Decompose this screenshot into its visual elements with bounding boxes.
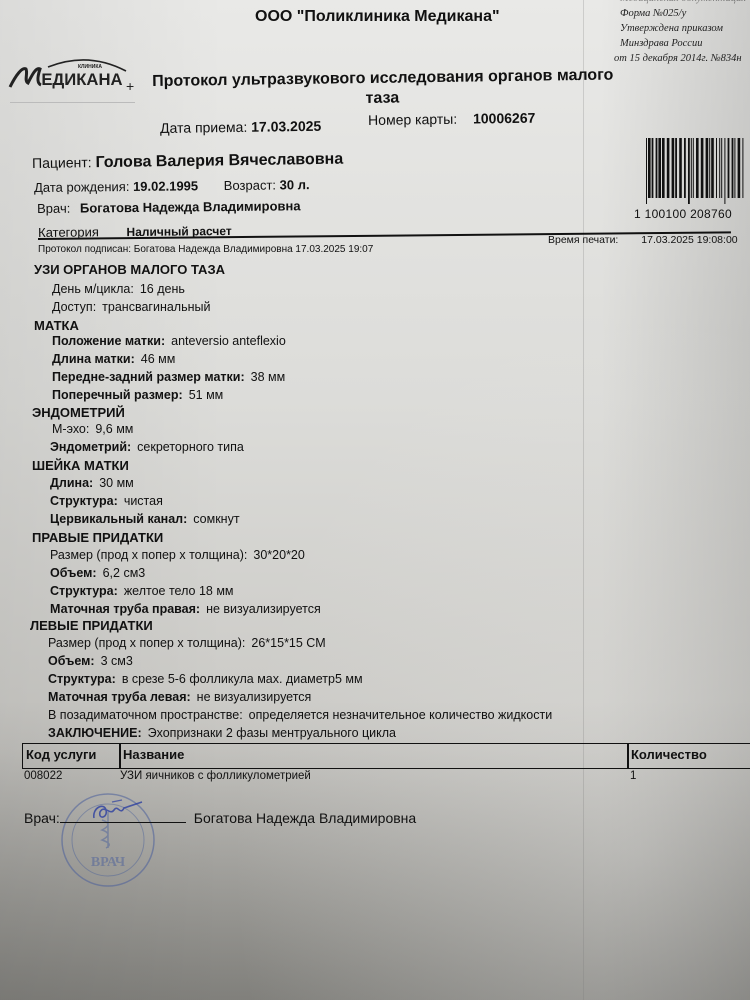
report-field: Передне-задний размер матки:38 мм [52,370,285,384]
section-heading: ЭНДОМЕТРИЙ [32,405,125,420]
field-value: желтое тело 18 мм [124,584,234,598]
print-time-value: 17.03.2025 19:08:00 [641,234,737,246]
field-label: Эндометрий: [50,440,131,454]
form-note-line: Медицинская документация [620,0,746,6]
report-field: Цервикальный канал:сомкнут [50,512,240,526]
signature-doctor-name: Богатова Надежда Владимировна [194,810,416,826]
service-name: УЗИ яичников с фолликулометрией [120,770,311,782]
field-label: Маточная труба правая: [50,602,200,616]
visit-date-value: 17.03.2025 [251,118,321,135]
svg-text:+: + [126,78,134,94]
section-heading: УЗИ ОРГАНОВ МАЛОГО ТАЗА [34,262,225,277]
field-label: Длина: [50,476,93,490]
handwritten-signature [90,798,150,824]
field-label: Размер (прод х попер х толщина): [48,636,245,650]
report-field: Поперечный размер:51 мм [52,388,223,402]
section-heading: ПРАВЫЕ ПРИДАТКИ [32,530,163,545]
clinic-logo: КЛИНИКА ЕДИКАНА + [8,55,138,95]
field-label: Поперечный размер: [52,388,183,402]
print-time: Время печати: 17.03.2025 19:08:00 [548,234,738,246]
patient-name: Голова Валерия Вячеславовна [95,151,343,171]
patient-row: Пациент: Голова Валерия Вячеславовна [32,151,343,173]
field-value: определяется незначительное количество ж… [249,708,553,722]
field-value: 3 см3 [101,654,133,668]
field-label: ЗАКЛЮЧЕНИЕ: [48,726,142,740]
table-row: 008022 УЗИ яичников с фолликулометрией 1 [24,770,744,786]
signature-label: Врач: [24,810,60,826]
col-qty: Количество [631,747,707,762]
field-value: 30*20*20 [253,548,304,562]
card-number-row: Номер карты: 10006267 [368,110,535,128]
field-label: Положение матки: [52,334,165,348]
doctor-row: Врач: Богатова Надежда Владимировна [37,198,301,216]
field-value: секреторного типа [137,440,244,454]
report-field: Положение матки:anteversio anteflexio [52,334,286,348]
form-note-line: Утверждена приказом [620,21,746,36]
field-value: 16 день [140,282,185,296]
field-value: не визуализируется [206,602,321,616]
field-label: Структура: [50,494,118,508]
field-value: не визуализируется [197,690,312,704]
svg-text:ЕДИКАНА: ЕДИКАНА [41,70,122,89]
logo-divider [10,102,135,103]
field-value: чистая [124,494,163,508]
field-label: Передне-задний размер матки: [52,370,245,384]
field-label: Объем: [50,566,97,580]
report-field: В позадиматочном пространстве:определяет… [48,708,552,722]
patient-label: Пациент: [32,154,92,171]
field-label: Структура: [48,672,116,686]
section-heading: МАТКА [34,318,79,333]
barcode [644,138,746,204]
field-label: День м/цикла: [52,282,134,296]
field-label: Объем: [48,654,95,668]
field-label: Структура: [50,584,118,598]
field-value: 9,6 мм [95,422,133,436]
svg-text:ВРАЧ: ВРАЧ [91,855,126,870]
report-field: День м/цикла:16 день [52,282,185,296]
field-label: М-эхо: [52,422,89,436]
report-field: Структура:чистая [50,494,163,508]
form-note-line: Форма №025/у [620,6,746,21]
col-divider [627,744,629,768]
field-label: Доступ: [52,300,96,314]
card-number-value: 10006267 [473,110,536,127]
col-divider [119,744,121,768]
birth-date: 19.02.1995 [133,178,198,194]
report-field: Доступ:трансвагинальный [52,300,210,314]
report-field: Маточная труба левая:не визуализируется [48,690,311,704]
visit-date-row: Дата приема: 17.03.2025 [160,118,321,136]
doctor-label: Врач: [37,201,70,216]
doctor-signature-row: Врач:Богатова Надежда Владимировна [24,808,416,826]
field-value: в срезе 5-6 фолликула мах. диаметр5 мм [122,672,363,686]
field-label: Размер (прод х попер х толщина): [50,548,247,562]
field-value: 46 мм [141,352,176,366]
visit-date-label: Дата приема: [160,119,247,136]
field-value: 30 мм [99,476,134,490]
section-heading: ШЕЙКА МАТКИ [32,458,129,473]
report-field: Длина матки:46 мм [52,352,175,366]
card-number-label: Номер карты: [368,111,457,128]
field-value: 51 мм [189,388,224,402]
clinic-name: ООО "Поликлиника Медикана" [255,8,500,26]
field-label: Цервикальный канал: [50,512,187,526]
report-field: М-эхо:9,6 мм [52,422,133,436]
report-field: Объем:3 см3 [48,654,133,668]
report-field: Объем:6,2 см3 [50,566,145,580]
birth-row: Дата рождения: 19.02.1995 Возраст: 30 л. [34,177,310,195]
report-field: Длина:30 мм [50,476,134,490]
age-value: 30 л. [280,177,310,192]
report-field: Структура:желтое тело 18 мм [50,584,234,598]
form-note-line: Минздрава России [620,36,746,51]
field-label: Длина матки: [52,352,135,366]
barcode-number: 1 100100 208760 [634,207,732,221]
doctor-name: Богатова Надежда Владимировна [80,198,301,215]
birth-label: Дата рождения: [34,179,129,195]
col-code: Код услуги [26,747,96,762]
age-label: Возраст: [224,177,276,193]
field-value: anteversio anteflexio [171,334,286,348]
field-value: трансвагинальный [102,300,210,314]
field-value: 38 мм [251,370,286,384]
signed-note: Протокол подписан: Богатова Надежда Влад… [38,244,373,255]
section-heading: ЛЕВЫЕ ПРИДАТКИ [30,618,153,633]
field-label: Маточная труба левая: [48,690,191,704]
field-value: Эхопризнаки 2 фазы ментруального цикла [148,726,396,740]
form-note: Медицинская документация Форма №025/у Ут… [620,0,746,66]
document-title: Протокол ультразвукового исследования ор… [152,66,614,112]
paper-fold [583,0,584,1000]
title-line-2: таза [152,86,612,112]
report-field: ЗАКЛЮЧЕНИЕ:Эхопризнаки 2 фазы ментруальн… [48,726,396,740]
report-field: Эндометрий:секреторного типа [50,440,244,454]
field-value: сомкнут [193,512,239,526]
report-field: Маточная труба правая:не визуализируется [50,602,321,616]
services-table-header: Код услуги Название Количество [22,743,750,769]
print-time-label: Время печати: [548,234,618,246]
report-field: Размер (прод х попер х толщина):30*20*20 [50,548,305,562]
service-code: 008022 [24,770,62,782]
report-field: Размер (прод х попер х толщина):26*15*15… [48,636,326,650]
col-name: Название [123,747,184,762]
form-note-line: от 15 декабря 2014г. №834н [614,51,746,66]
field-label: В позадиматочном пространстве: [48,708,243,722]
service-qty: 1 [630,770,636,782]
report-field: Структура:в срезе 5-6 фолликула мах. диа… [48,672,363,686]
field-value: 6,2 см3 [103,566,146,580]
title-line-1: Протокол ультразвукового исследования ор… [152,67,613,90]
field-value: 26*15*15 СМ [251,636,325,650]
